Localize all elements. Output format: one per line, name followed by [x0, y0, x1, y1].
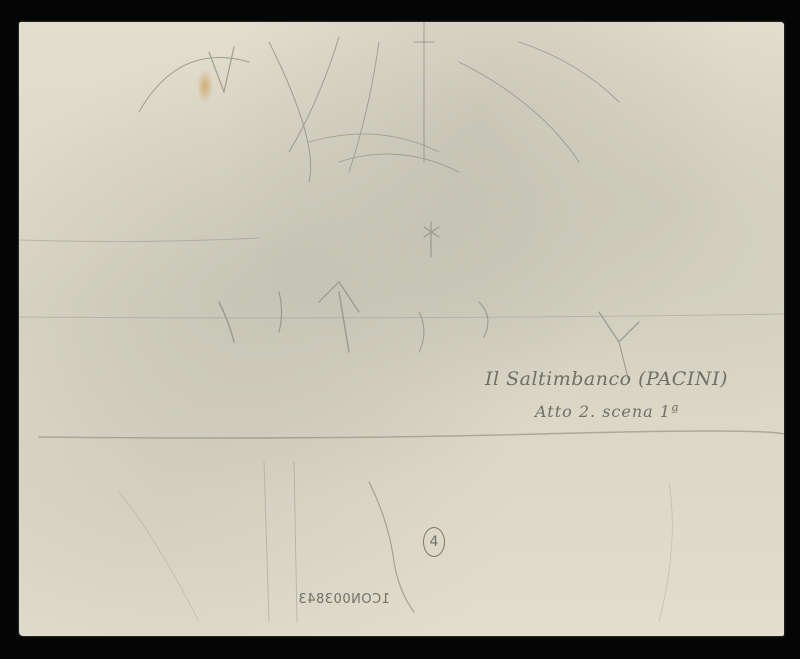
act-scene-inscription: Atto 2. scena 1ª: [535, 402, 680, 421]
circled-page-number: 4: [423, 527, 445, 557]
paper-sheet: [19, 22, 784, 636]
opera-title-inscription: Il Saltimbanco (PACINI): [485, 368, 728, 390]
paper-stain: [197, 70, 213, 102]
pencil-sketch: [19, 22, 784, 636]
catalog-number: 1CON003843: [298, 592, 390, 607]
